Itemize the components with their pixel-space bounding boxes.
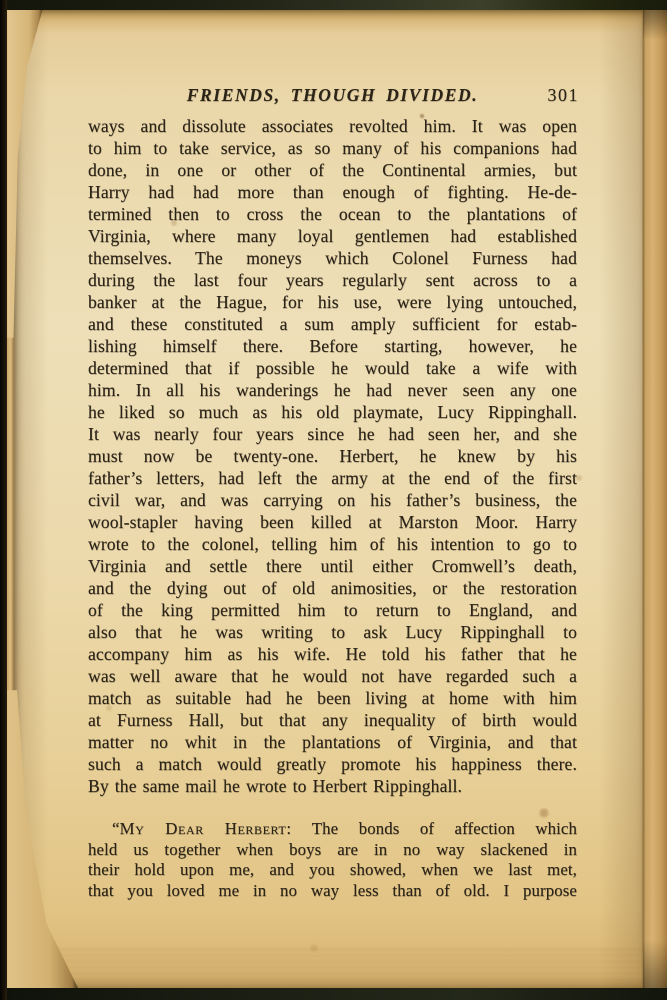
text-line: of the king permitted him to return to E… xyxy=(88,599,577,621)
page-number: 301 xyxy=(548,84,580,106)
scan-blur-band xyxy=(14,948,645,982)
text-line: termined then to cross the ocean to the … xyxy=(88,203,577,225)
text-line: Harry had had more than enough of fighti… xyxy=(88,181,577,203)
text-line: to him to take service, as so many of hi… xyxy=(88,137,577,159)
paper-sheet: FRIENDS, THOUGH DIVIDED. 301 ways and di… xyxy=(14,8,645,990)
photo-edge-top xyxy=(0,0,667,10)
text-line: wool-stapler having been killed at Marst… xyxy=(88,511,577,533)
text-line: was well aware that he would not have re… xyxy=(88,665,577,687)
text-line: and these constituted a sum amply suffic… xyxy=(88,313,577,335)
text-line: wrote to the colonel, telling him of his… xyxy=(88,533,577,555)
text-line: and the dying out of old animosities, or… xyxy=(88,577,577,599)
text-line: must now be twenty-one. Herbert, he knew… xyxy=(88,445,577,467)
letter-opening-text: The bonds of affection which xyxy=(292,819,577,838)
text-line: matter no whit in the plantations of Vir… xyxy=(88,731,577,753)
text-line: held us together when boys are in no way… xyxy=(88,840,577,861)
book-title-header: FRIENDS, THOUGH DIVIDED. xyxy=(88,84,577,106)
text-line: during the last four years regularly sen… xyxy=(88,269,577,291)
text-line: determined that if possible he would tak… xyxy=(88,357,577,379)
text-line: civil war, and was carrying on his fathe… xyxy=(88,489,577,511)
page-content: FRIENDS, THOUGH DIVIDED. 301 ways and di… xyxy=(88,8,577,990)
text-line: lishing himself there. Before starting, … xyxy=(88,335,577,357)
letter-opening-line: “My Dear Herbert: The bonds of affection… xyxy=(88,819,577,840)
photo-edge-bottom xyxy=(0,988,667,1000)
text-line: at Furness Hall, but that any inequality… xyxy=(88,709,577,731)
scanned-book-page: FRIENDS, THOUGH DIVIDED. 301 ways and di… xyxy=(0,0,667,1000)
running-head: FRIENDS, THOUGH DIVIDED. 301 xyxy=(88,84,577,106)
text-line: banker at the Hague, for his use, were l… xyxy=(88,291,577,313)
text-line: him. In all his wanderings he had never … xyxy=(88,379,577,401)
letter-paragraph: “My Dear Herbert: The bonds of affection… xyxy=(88,819,577,901)
text-line: It was nearly four years since he had se… xyxy=(88,423,577,445)
text-line: ways and dissolute associates revolted h… xyxy=(88,115,577,137)
text-line: such a match would greatly promote his h… xyxy=(88,753,577,775)
open-quote: “ xyxy=(112,819,120,838)
text-line: By the same mail he wrote to Herbert Rip… xyxy=(88,775,577,797)
text-line: also that he was writing to ask Lucy Rip… xyxy=(88,621,577,643)
text-line: he liked so much as his old playmate, Lu… xyxy=(88,401,577,423)
text-line: that you loved me in no way less than of… xyxy=(88,881,577,902)
text-line: Virginia, where many loyal gentlemen had… xyxy=(88,225,577,247)
text-line: match as suitable had he been living at … xyxy=(88,687,577,709)
text-line: accompany him as his wife. He told his f… xyxy=(88,643,577,665)
body-paragraph: ways and dissolute associates revolted h… xyxy=(88,115,577,797)
text-line: themselves. The moneys which Colonel Fur… xyxy=(88,247,577,269)
photo-edge-left xyxy=(0,0,7,1000)
text-line: father’s letters, had left the army at t… xyxy=(88,467,577,489)
text-line: their hold upon me, and you showed, when… xyxy=(88,860,577,881)
text-line: done, in one or other of the Continental… xyxy=(88,159,577,181)
text-line: Virginia and settle there until either C… xyxy=(88,555,577,577)
book-gutter xyxy=(643,0,667,1000)
letter-salutation: My Dear Herbert: xyxy=(120,819,292,838)
